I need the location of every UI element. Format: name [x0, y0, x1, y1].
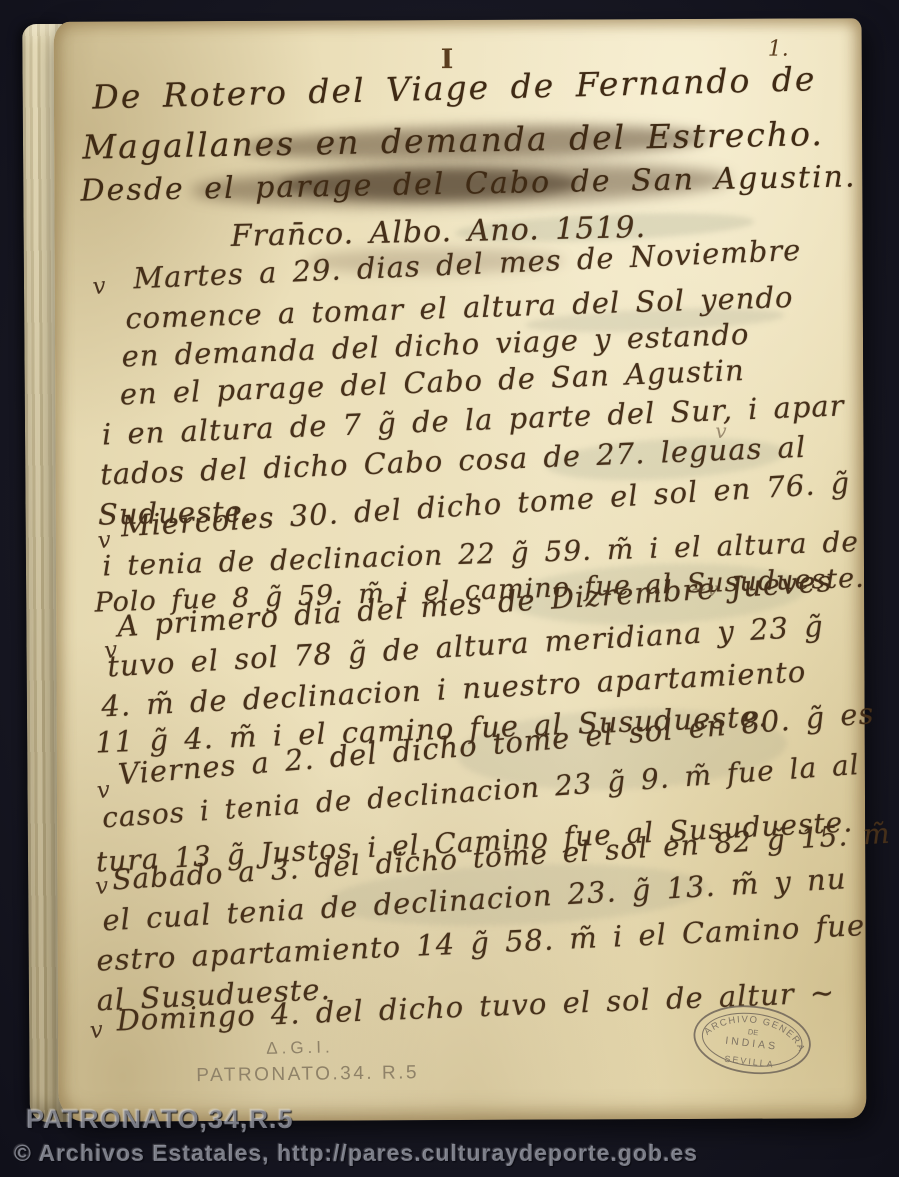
pencil-agi-reference: Δ.G.I. — [266, 1037, 334, 1058]
stamp-sevilla-text: SEVILLA — [724, 1054, 775, 1070]
manuscript-page: I 1. De Rotero del Viage de Fernando de … — [54, 18, 867, 1122]
paragraph-marker: v — [89, 1017, 105, 1044]
folio-number: 1. — [768, 37, 789, 62]
stamp-indias-text: INDIAS — [725, 1035, 779, 1053]
watermark-reference: PATRONATO,34,R.5 — [26, 1104, 294, 1135]
margin-mark: ∼v — [690, 577, 718, 601]
stamp-de-text: DE — [747, 1027, 758, 1037]
paragraph-marker: v — [91, 273, 107, 300]
title-line-3: Desde el parage del Cabo de San Agustin. — [80, 159, 857, 208]
pencil-patronato-reference: PATRONATO.34. R.5 — [196, 1062, 419, 1087]
manuscript-photo: I 1. De Rotero del Viage de Fernando de … — [0, 0, 899, 1177]
margin-mark: v — [715, 419, 726, 443]
paragraph-marker: v — [94, 873, 110, 900]
archive-stamp: ARCHIVO GENERAL DE INDIAS SEVILLA — [683, 990, 820, 1092]
title-line-2: Magallanes en demanda del Estrecho. — [82, 114, 824, 167]
watermark-credit: © Archivos Estatales, http://pares.cultu… — [14, 1140, 698, 1167]
title-line-1: De Rotero del Viage de Fernando de — [92, 59, 817, 116]
